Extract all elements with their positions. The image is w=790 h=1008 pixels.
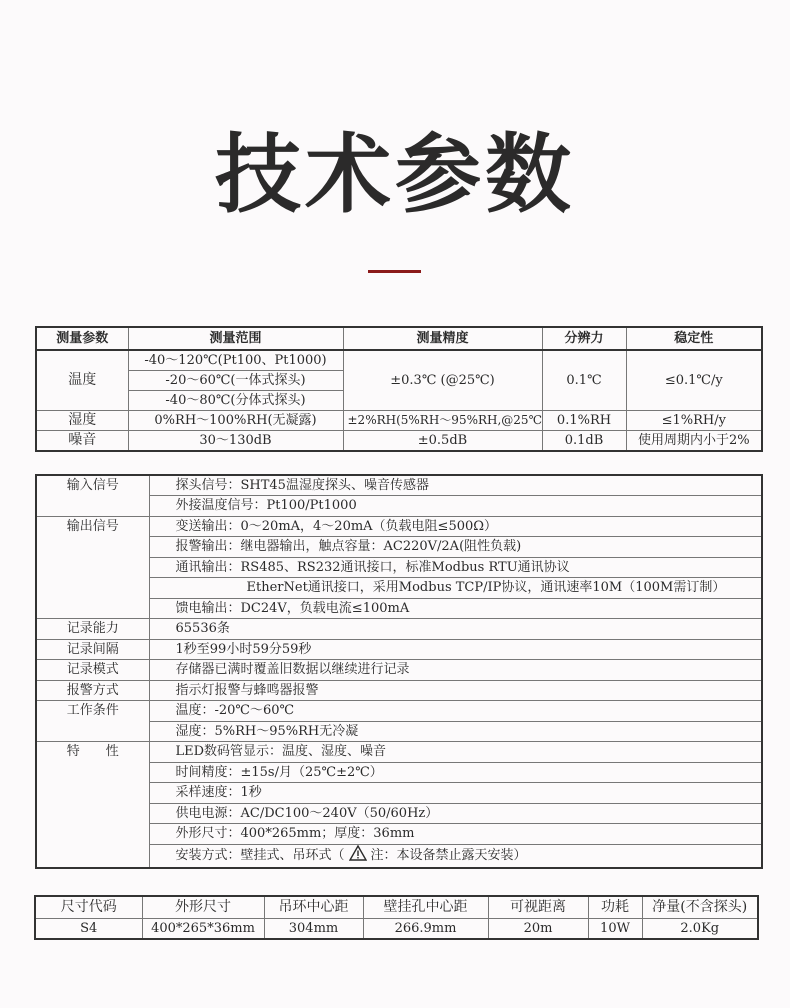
header-accuracy: 测量精度 [343,327,542,350]
table-row: 工作条件 温度：-20℃～60℃ [36,701,762,722]
header-range: 测量范围 [128,327,343,350]
temperature-range: -40～80℃(分体式探头) [128,391,343,411]
measurement-header-row: 测量参数 测量范围 测量精度 分辨力 稳定性 [36,327,762,350]
header-dimensions: 外形尺寸 [142,896,264,918]
noise-stability: 使用周期内小于2% [626,431,762,452]
humidity-resolution: 0.1%RH [542,411,626,431]
record-interval-value: 1秒至99小时59分59秒 [149,639,762,660]
power-value: 10W [588,918,642,939]
output-signal-value: 通讯输出：RS485、RS232通讯接口，标准Modbus RTU通讯协议 [149,557,762,578]
features-label: 特 性 [36,742,149,868]
record-mode-value: 存储器已满时覆盖旧数据以继续进行记录 [149,660,762,681]
spec-table: 输入信号 探头信号：SHT45温湿度探头、噪音传感器 外接温度信号：Pt100/… [35,474,763,869]
size-code-value: S4 [35,918,142,939]
wall-hole-spacing-value: 266.9mm [363,918,488,939]
install-method-value: 安装方式：壁挂式、吊环式（注：本设备禁止露天安装） [149,844,762,868]
install-method-suffix: 注：本设备禁止露天安装） [371,848,527,863]
working-conditions-label: 工作条件 [36,701,149,742]
features-value: 采样速度：1秒 [149,783,762,804]
table-row: 记录间隔 1秒至99小时59分59秒 [36,639,762,660]
alarm-mode-value: 指示灯报警与蜂鸣器报警 [149,680,762,701]
header-net-weight: 净量(不含探头) [642,896,758,918]
size-table: 尺寸代码 外形尺寸 吊环中心距 壁挂孔中心距 可视距离 功耗 净量(不含探头) … [34,895,759,940]
header-size-code: 尺寸代码 [35,896,142,918]
noise-resolution: 0.1dB [542,431,626,452]
record-capacity-value: 65536条 [149,619,762,640]
temperature-resolution: 0.1℃ [542,350,626,411]
output-signal-label: 输出信号 [36,516,149,619]
input-signal-label: 输入信号 [36,475,149,516]
output-signal-value: EtherNet通讯接口，采用Modbus TCP/IP协议，通讯速率10M（1… [149,578,762,599]
table-row: 湿度 0%RH～100%RH(无凝露) ±2%RH(5%RH～95%RH,@25… [36,411,762,431]
table-row: 特 性 LED数码管显示：温度、湿度、噪音 [36,742,762,763]
features-value: LED数码管显示：温度、湿度、噪音 [149,742,762,763]
table-row: 温度 -40～120℃(Pt100、Pt1000) ±0.3℃ (@25℃) 0… [36,350,762,371]
record-interval-label: 记录间隔 [36,639,149,660]
humidity-stability: ≤1%RH/y [626,411,762,431]
size-header-row: 尺寸代码 外形尺寸 吊环中心距 壁挂孔中心距 可视距离 功耗 净量(不含探头) [35,896,758,918]
input-signal-value: 探头信号：SHT45温湿度探头、噪音传感器 [149,475,762,496]
header-param: 测量参数 [36,327,128,350]
temperature-range: -20～60℃(一体式探头) [128,371,343,391]
viewing-distance-value: 20m [488,918,588,939]
table-row: 报警方式 指示灯报警与蜂鸣器报警 [36,680,762,701]
header-power: 功耗 [588,896,642,918]
record-capacity-label: 记录能力 [36,619,149,640]
temperature-range: -40～120℃(Pt100、Pt1000) [128,350,343,371]
header-resolution: 分辨力 [542,327,626,350]
noise-accuracy: ±0.5dB [343,431,542,452]
table-row: S4 400*265*36mm 304mm 266.9mm 20m 10W 2.… [35,918,758,939]
table-row: 输入信号 探头信号：SHT45温湿度探头、噪音传感器 [36,475,762,496]
table-row: 输出信号 变送输出：0～20mA，4～20mA（负载电阻≤500Ω） [36,516,762,537]
noise-range: 30～130dB [128,431,343,452]
header-viewing-distance: 可视距离 [488,896,588,918]
measurement-table: 测量参数 测量范围 测量精度 分辨力 稳定性 温度 -40～120℃(Pt100… [35,326,763,452]
output-signal-value: 变送输出：0～20mA，4～20mA（负载电阻≤500Ω） [149,516,762,537]
title-underline [368,270,421,273]
output-signal-value: 馈电输出：DC24V，负载电流≤100mA [149,598,762,619]
humidity-range: 0%RH～100%RH(无凝露) [128,411,343,431]
features-value: 时间精度：±15s/月（25℃±2℃） [149,762,762,783]
features-value: 供电电源：AC/DC100～240V（50/60Hz） [149,803,762,824]
warning-triangle-icon [349,845,367,867]
table-row: 噪音 30～130dB ±0.5dB 0.1dB 使用周期内小于2% [36,431,762,452]
dimensions-value: 400*265*36mm [142,918,264,939]
working-conditions-value: 湿度：5%RH～95%RH无冷凝 [149,721,762,742]
table-row: 记录模式 存储器已满时覆盖旧数据以继续进行记录 [36,660,762,681]
ring-spacing-value: 304mm [264,918,363,939]
humidity-accuracy: ±2%RH(5%RH～95%RH,@25℃) [343,411,542,431]
input-signal-value: 外接温度信号：Pt100/Pt1000 [149,496,762,517]
net-weight-value: 2.0Kg [642,918,758,939]
noise-param: 噪音 [36,431,128,452]
record-mode-label: 记录模式 [36,660,149,681]
features-value: 外形尺寸：400*265mm；厚度：36mm [149,824,762,845]
page-title: 技术参数 [0,120,790,230]
alarm-mode-label: 报警方式 [36,680,149,701]
temperature-param: 温度 [36,350,128,411]
humidity-param: 湿度 [36,411,128,431]
table-row: 记录能力 65536条 [36,619,762,640]
header-ring-spacing: 吊环中心距 [264,896,363,918]
temperature-stability: ≤0.1℃/y [626,350,762,411]
output-signal-value: 报警输出：继电器输出，触点容量：AC220V/2A(阻性负载) [149,537,762,558]
header-stability: 稳定性 [626,327,762,350]
install-method-prefix: 安装方式：壁挂式、吊环式（ [176,848,345,863]
working-conditions-value: 温度：-20℃～60℃ [149,701,762,722]
temperature-accuracy: ±0.3℃ (@25℃) [343,350,542,411]
header-wall-hole-spacing: 壁挂孔中心距 [363,896,488,918]
